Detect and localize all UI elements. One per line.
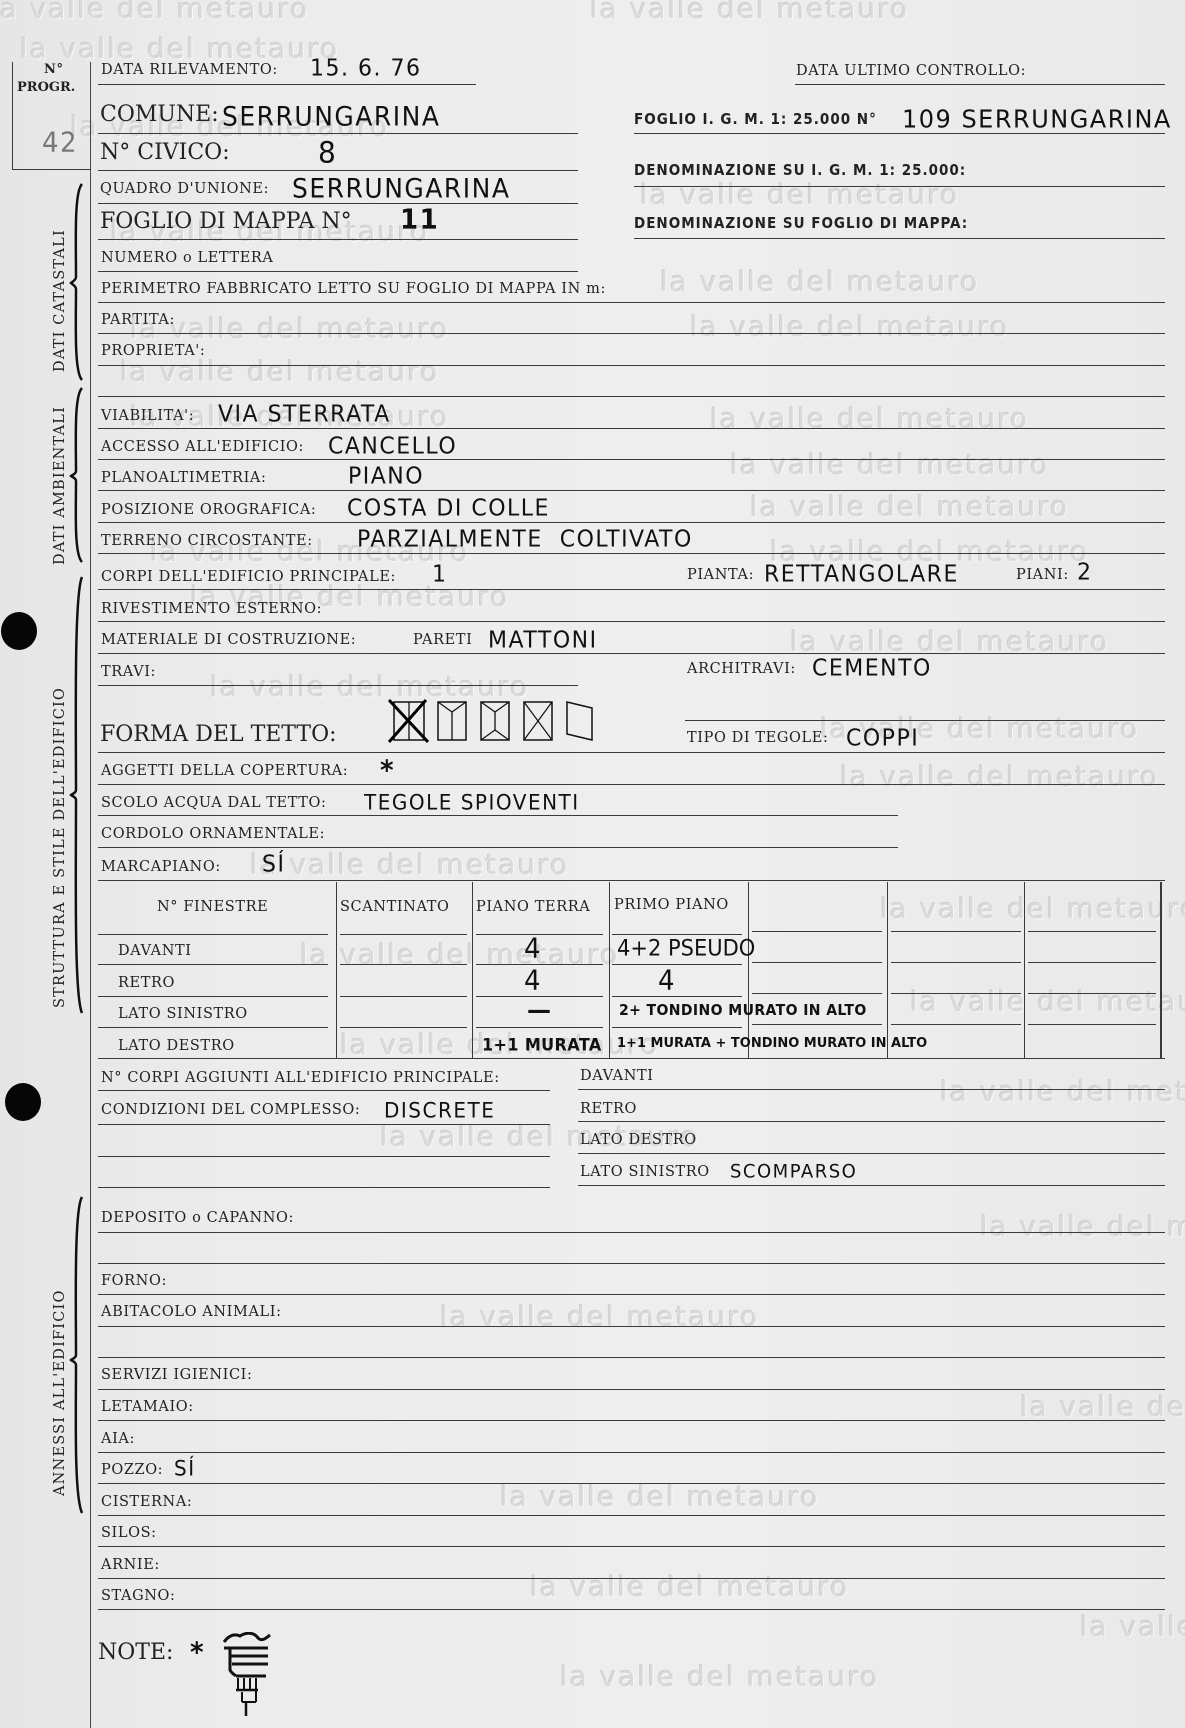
rule <box>98 1124 550 1125</box>
rule <box>891 962 1021 963</box>
rule <box>752 962 882 963</box>
rule <box>98 1578 1165 1579</box>
foglio-igm-value[interactable]: 109 SERRUNGARINA <box>902 104 1172 133</box>
row-label-lato-sinistro: LATO SINISTRO <box>118 1006 248 1022</box>
rule <box>98 170 578 171</box>
rule <box>98 271 578 272</box>
data-rilevamento-value[interactable]: 15. 6. 76 <box>310 55 421 81</box>
corpi-label: CORPI DELL'EDIFICIO PRINCIPALE: <box>101 569 396 585</box>
rule <box>98 333 1165 334</box>
rule <box>98 1515 1165 1516</box>
rule <box>98 1546 1165 1547</box>
rule <box>578 1153 1165 1154</box>
viabilita-value[interactable]: VIA STERRATA <box>218 401 391 427</box>
posizione-value[interactable]: COSTA DI COLLE <box>347 495 550 521</box>
annesso-arnie-label: ARNIE: <box>101 1557 160 1573</box>
rule <box>1028 1024 1156 1025</box>
rule <box>98 1294 1165 1295</box>
materiale-pareti-label: PARETI <box>413 632 472 648</box>
annesso-abitacolo-label: ABITACOLO ANIMALI: <box>101 1304 282 1320</box>
watermark: la valle del metauro <box>910 985 1185 1018</box>
annesso-cisterna-label: CISTERNA: <box>101 1494 192 1510</box>
watermark: la valle del metauro <box>660 265 979 298</box>
watermark: la valle del metauro <box>130 312 449 345</box>
rule <box>476 1027 603 1028</box>
watermark: la valle del metauro <box>560 1660 879 1693</box>
watermark: la valle del metauro <box>690 310 1009 343</box>
annesso-silos-label: SILOS: <box>101 1525 157 1541</box>
finestre-title: N° FINESTRE <box>157 899 268 915</box>
rule <box>98 1452 1165 1453</box>
cell-retro-primo-piano[interactable]: 4 <box>658 965 676 997</box>
rule <box>891 1024 1021 1025</box>
rule <box>98 1326 1165 1327</box>
rule <box>98 1187 550 1188</box>
margin-rule <box>90 62 91 1728</box>
section-label-dati-ambientali: DATI AMBIENTALI <box>52 406 68 565</box>
corpi-aggiunti-davanti-label: DAVANTI <box>580 1068 654 1084</box>
rule <box>98 1263 1165 1264</box>
cordolo-label: CORDOLO ORNAMENTALE: <box>101 826 325 842</box>
annesso-pozzo-label: POZZO: <box>101 1462 163 1478</box>
watermark: la valle del metauro <box>300 938 619 971</box>
materiale-label: MATERIALE DI COSTRUZIONE: <box>101 632 356 648</box>
watermark: la valle del metauro <box>250 848 569 881</box>
watermark: la valle del metauro <box>590 0 909 25</box>
rule <box>98 459 1165 460</box>
foglio-igm-label: FOGLIO I. G. M. 1: 25.000 N° <box>634 110 877 128</box>
rule <box>98 880 1165 881</box>
rule <box>795 84 1165 85</box>
rule <box>98 396 1165 397</box>
watermark: la valle del metauro <box>710 402 1029 435</box>
watermark: la valle del metauro <box>1020 1390 1185 1423</box>
rule <box>340 934 467 935</box>
progr-box-bottom-border <box>12 169 90 170</box>
row-label-davanti: DAVANTI <box>118 943 192 959</box>
rule <box>340 1027 467 1028</box>
rule <box>98 784 1165 785</box>
roof-option-four-pitch[interactable] <box>524 702 552 740</box>
rule <box>98 996 328 997</box>
watermark: la valle del metauro <box>730 448 1049 481</box>
tipo-tegole-label: TIPO DI TEGOLE: <box>687 730 828 746</box>
rule <box>752 1024 882 1025</box>
rule <box>634 186 1165 187</box>
cell-davanti-piano-terra[interactable]: 4 <box>524 933 542 965</box>
condizioni-label: CONDIZIONI DEL COMPLESSO: <box>101 1102 360 1118</box>
col-divider <box>1160 882 1162 1058</box>
progr-label: PROGR. <box>17 80 75 95</box>
corpi-aggiunti-retro-label: RETRO <box>580 1101 637 1117</box>
rule <box>98 1027 328 1028</box>
civico-value[interactable]: 8 <box>318 135 337 170</box>
architravi-label: ARCHITRAVI: <box>687 661 796 677</box>
col-header-primo-piano: PRIMO PIANO <box>614 897 729 913</box>
progr-box-left-border <box>12 62 13 170</box>
rule <box>98 589 1165 590</box>
marcapiano-label: MARCAPIANO: <box>101 859 221 875</box>
cell-lato-destro-primo-piano[interactable]: 1+1 MURATA + TONDINO MURATO IN ALTO <box>617 1036 927 1052</box>
rule <box>98 685 578 686</box>
numero-lettera-label: NUMERO o LETTERA <box>101 250 274 266</box>
rule <box>98 1483 1165 1484</box>
corpi-aggiunti-lato-destro-label: LATO DESTRO <box>580 1132 697 1148</box>
watermark: la valle del metauro <box>500 1480 819 1513</box>
rule <box>891 993 1021 994</box>
watermark: la valle del metauro <box>980 1210 1185 1243</box>
rule <box>98 1156 550 1157</box>
condizioni-value[interactable]: DISCRETE <box>384 1097 495 1122</box>
rule <box>98 934 328 935</box>
posizione-label: POSIZIONE OROGRAFICA: <box>101 502 316 518</box>
rule <box>98 1389 1165 1390</box>
rule <box>752 931 882 932</box>
rule <box>891 931 1021 932</box>
roof-option-inverted-gable[interactable] <box>481 702 509 740</box>
rule <box>98 1420 1165 1421</box>
travi-label: TRAVI: <box>101 664 156 680</box>
data-ultimo-controllo-label: DATA ULTIMO CONTROLLO: <box>796 63 1026 79</box>
rule <box>98 428 1165 429</box>
rule <box>634 238 1165 239</box>
scolo-label: SCOLO ACQUA DAL TETTO: <box>101 795 327 811</box>
col-divider <box>748 882 749 1058</box>
aggetti-label: AGGETTI DELLA COPERTURA: <box>101 763 348 779</box>
accesso-label: ACCESSO ALL'EDIFICIO: <box>101 439 304 455</box>
annesso-deposito-label: DEPOSITO o CAPANNO: <box>101 1210 294 1226</box>
planoaltimetria-label: PLANOALTIMETRIA: <box>101 470 266 486</box>
watermark: la valle del metauro <box>530 1570 849 1603</box>
perimetro-label: PERIMETRO FABBRICATO LETTO SU FOGLIO DI … <box>101 281 606 297</box>
corpi-value[interactable]: 1 <box>432 561 448 587</box>
row-label-lato-destro: LATO DESTRO <box>118 1038 235 1054</box>
piani-value[interactable]: 2 <box>1077 559 1093 585</box>
terreno-label: TERRENO CIRCOSTANTE: <box>101 533 313 549</box>
col-divider <box>336 882 337 1058</box>
section-label-struttura-stile: STRUTTURA E STILE DELL'EDIFICIO <box>52 687 68 1008</box>
comune-label: COMUNE: <box>100 102 219 127</box>
quadro-unione-value[interactable]: SERRUNGARINA <box>292 173 510 203</box>
rule <box>634 133 1165 134</box>
cell-lato-sinistro-piano-terra[interactable]: — <box>527 995 553 1024</box>
foglio-mappa-value[interactable]: 11 <box>400 204 439 236</box>
section-label-dati-catastali: DATI CATASTALI <box>52 229 68 372</box>
scolo-value[interactable]: TEGOLE SPIOVENTI <box>364 789 580 814</box>
rule <box>98 133 578 134</box>
proprieta-label: PROPRIETA': <box>101 343 205 359</box>
quadro-unione-label: QUADRO D'UNIONE: <box>100 181 269 197</box>
roof-option-single-pitch[interactable] <box>567 702 592 740</box>
rule <box>1028 993 1156 994</box>
rule <box>752 993 882 994</box>
watermark: la valle del metauro <box>0 0 309 25</box>
rule <box>612 1027 742 1028</box>
rule <box>98 964 328 965</box>
col-divider <box>887 882 888 1058</box>
foglio-mappa-label: FOGLIO DI MAPPA N° <box>100 209 352 234</box>
brace-struttura <box>68 575 84 1015</box>
cornice-sketch-icon <box>220 1632 272 1718</box>
watermark: la valle del metauro <box>440 1300 759 1333</box>
aggetti-value-asterisk-icon: * <box>380 755 395 787</box>
rule <box>98 653 1165 654</box>
denominazione-mappa-label: DENOMINAZIONE SU FOGLIO DI MAPPA: <box>634 214 968 232</box>
watermark: la valle del metauro <box>940 1075 1185 1108</box>
col-header-scantinato: SCANTINATO <box>340 899 450 915</box>
denominazione-igm-label: DENOMINAZIONE SU I. G. M. 1: 25.000: <box>634 161 966 179</box>
annesso-letamaio-label: LETAMAIO: <box>101 1399 194 1415</box>
accesso-value[interactable]: CANCELLO <box>328 433 457 459</box>
rule <box>340 996 467 997</box>
rule <box>98 490 1165 491</box>
rule <box>98 84 476 85</box>
cell-davanti-primo-piano[interactable]: 4+2 PSEUDO <box>617 935 755 960</box>
rule <box>98 302 1165 303</box>
watermark: la valle del metauro <box>120 355 439 388</box>
rule <box>1028 931 1156 932</box>
tipo-tegole-value[interactable]: COPPI <box>846 725 919 751</box>
watermark: la valle del metauro <box>640 178 959 211</box>
section-label-annessi: ANNESSI ALL'EDIFICIO <box>52 1289 68 1496</box>
comune-value[interactable]: SERRUNGARINA <box>222 101 440 131</box>
data-rilevamento-label: DATA RILEVAMENTO: <box>101 62 278 78</box>
brace-dati-ambientali <box>68 386 84 564</box>
partita-label: PARTITA: <box>101 312 175 328</box>
pianta-label: PIANTA: <box>687 567 754 583</box>
annesso-stagno-label: STAGNO: <box>101 1588 176 1604</box>
rivestimento-label: RIVESTIMENTO ESTERNO: <box>101 601 322 617</box>
civico-label: N° CIVICO: <box>100 140 230 165</box>
corpi-aggiunti-lato-sinistro-label: LATO SINISTRO <box>580 1164 710 1180</box>
corpi-aggiunti-label: N° CORPI AGGIUNTI ALL'EDIFICIO PRINCIPAL… <box>101 1070 500 1086</box>
piani-label: PIANI: <box>1016 567 1069 583</box>
row-label-retro: RETRO <box>118 975 175 991</box>
col-divider <box>472 882 473 1058</box>
rule <box>98 553 1165 554</box>
rule <box>578 1089 1165 1090</box>
rule <box>578 1185 1165 1186</box>
rule <box>98 1357 1165 1358</box>
watermark: la valle del metauro <box>20 32 339 65</box>
planoaltimetria-value[interactable]: PIANO <box>348 463 424 489</box>
watermark: la valle del metauro <box>1080 1610 1185 1643</box>
note-asterisk-icon: * <box>190 1637 205 1669</box>
rule <box>98 1090 550 1091</box>
rule <box>1028 962 1156 963</box>
corpi-aggiunti-lato-sinistro-value[interactable]: SCOMPARSO <box>730 1160 857 1182</box>
col-header-piano-terra: PIANO TERRA <box>476 899 590 915</box>
cell-lato-sinistro-primo-piano[interactable]: 2+ TONDINO MURATO IN ALTO <box>619 1003 867 1020</box>
brace-dati-catastali <box>68 182 84 382</box>
rule <box>98 847 898 848</box>
cell-lato-destro-piano-terra[interactable]: 1+1 MURATA <box>482 1035 602 1055</box>
note-label: NOTE: <box>98 1640 173 1665</box>
progr-label-no: N° <box>44 62 64 77</box>
rule <box>612 964 742 965</box>
col-divider <box>609 882 610 1058</box>
watermark: la valle del metauro <box>880 892 1185 925</box>
roof-option-gable[interactable] <box>438 702 466 740</box>
rule <box>98 752 1165 753</box>
annesso-pozzo-value[interactable]: SÍ <box>174 1455 196 1480</box>
rule <box>98 621 1165 622</box>
watermark: la valle del metauro <box>840 760 1159 793</box>
rule <box>98 1609 1165 1610</box>
viabilita-label: VIABILITA': <box>101 408 194 424</box>
rule <box>612 996 742 997</box>
marcapiano-value[interactable]: SÍ <box>262 851 285 877</box>
rule <box>98 815 898 816</box>
rule <box>98 522 1165 523</box>
cell-retro-piano-terra[interactable]: 4 <box>524 965 542 997</box>
binder-hole-bottom <box>5 1083 41 1121</box>
annesso-forno-label: FORNO: <box>101 1273 167 1289</box>
progr-number: 42 <box>42 127 78 159</box>
binder-hole-top <box>1 612 37 650</box>
annesso-aia-label: AIA: <box>101 1431 135 1447</box>
rule <box>98 365 1165 366</box>
roof-shape-options <box>386 696 598 744</box>
rule <box>98 1232 1165 1233</box>
terreno-value[interactable]: PARZIALMENTE COLTIVATO <box>357 526 693 552</box>
materiale-value[interactable]: MATTONI <box>488 627 598 653</box>
pianta-value[interactable]: RETTANGOLARE <box>764 561 959 587</box>
architravi-value[interactable]: CEMENTO <box>812 655 932 681</box>
rule <box>98 203 578 204</box>
watermark: la valle del metauro <box>750 490 1069 523</box>
forma-tetto-label: FORMA DEL TETTO: <box>100 722 337 747</box>
roof-option-hip-selected[interactable] <box>389 700 428 742</box>
rule <box>98 1058 1165 1059</box>
brace-annessi <box>68 1195 84 1515</box>
rule <box>578 1121 1165 1122</box>
annesso-servizi-label: SERVIZI IGIENICI: <box>101 1367 252 1383</box>
rule <box>98 239 578 240</box>
col-divider <box>1024 882 1025 1058</box>
rule <box>340 964 467 965</box>
rule <box>685 720 1165 721</box>
